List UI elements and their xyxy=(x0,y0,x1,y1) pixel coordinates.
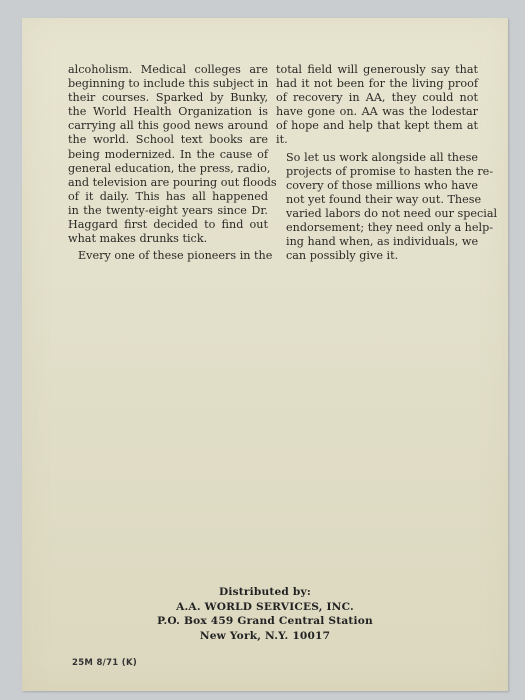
text-line: covery of those millions who have xyxy=(276,179,478,193)
right-paragraph-1: total field will generously say that had… xyxy=(276,63,478,148)
text-line: of it daily. This has all happened xyxy=(68,190,268,204)
text-line: can possibly give it. xyxy=(276,249,478,263)
text-line: general education, the press, radio, xyxy=(68,162,268,176)
text-line: what makes drunks tick. xyxy=(68,232,268,246)
text-line: ing hand when, as individuals, we xyxy=(276,235,478,249)
text-line: the World Health Organization is xyxy=(68,105,268,119)
distributor-block: Distributed by: A.A. WORLD SERVICES, INC… xyxy=(22,585,508,643)
text-line: not yet found their way out. These xyxy=(276,193,478,207)
text-line: beginning to include this subject in xyxy=(68,77,268,91)
text-line: the world. School text books are xyxy=(68,133,268,147)
text-line: and television are pouring out floods xyxy=(68,176,268,190)
text-line: projects of promise to hasten the re- xyxy=(276,165,478,179)
text-line: endorsement; they need only a help- xyxy=(276,221,478,235)
left-text-column: alcoholism. Medical colleges are beginni… xyxy=(68,63,268,263)
text-line: alcoholism. Medical colleges are xyxy=(68,63,268,77)
text-line: have gone on. AA was the lodestar xyxy=(276,105,478,119)
print-code: 25M 8/71 (K) xyxy=(72,658,137,668)
text-line: of recovery in AA, they could not xyxy=(276,91,478,105)
text-line: in the twenty-eight years since Dr. xyxy=(68,204,268,218)
text-line: being modernized. In the cause of xyxy=(68,148,268,162)
organization-name: A.A. WORLD SERVICES, INC. xyxy=(22,600,508,615)
text-line: Haggard first decided to find out xyxy=(68,218,268,232)
left-paragraph-1: alcoholism. Medical colleges are beginni… xyxy=(68,63,268,246)
text-line: their courses. Sparked by Bunky, xyxy=(68,91,268,105)
text-line: had it not been for the living proof xyxy=(276,77,478,91)
text-line: it. xyxy=(276,133,478,147)
text-line: total field will generously say that xyxy=(276,63,478,77)
text-line: carrying all this good news around xyxy=(68,119,268,133)
city-state-zip: New York, N.Y. 10017 xyxy=(22,629,508,644)
text-line: of hope and help that kept them at xyxy=(276,119,478,133)
left-paragraph-2: Every one of these pioneers in the xyxy=(68,249,268,263)
text-line: Every one of these pioneers in the xyxy=(68,249,268,263)
right-paragraph-2: So let us work alongside all these proje… xyxy=(276,151,478,264)
text-line: So let us work alongside all these xyxy=(276,151,478,165)
distributed-by-label: Distributed by: xyxy=(22,585,508,600)
text-line: varied labors do not need our special xyxy=(276,207,478,221)
right-text-column: total field will generously say that had… xyxy=(276,63,478,263)
printed-page: alcoholism. Medical colleges are beginni… xyxy=(22,18,508,691)
postal-address: P.O. Box 459 Grand Central Station xyxy=(22,614,508,629)
